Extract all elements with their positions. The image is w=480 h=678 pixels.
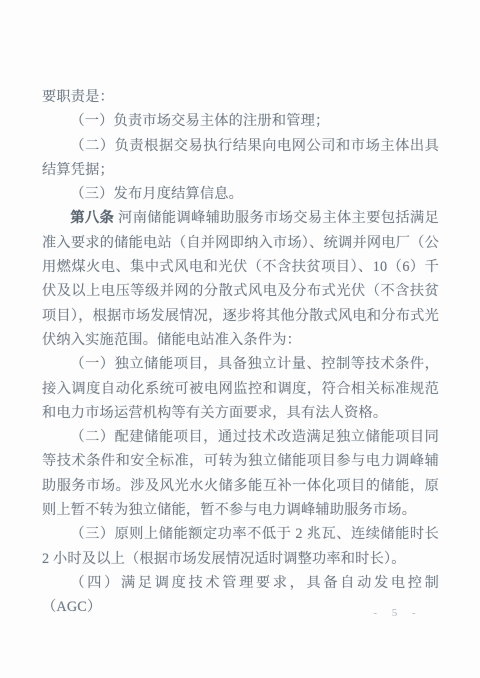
paragraph: （一）独立储能项目，具备独立计量、控制等技术条件，接入调度自动化系统可被电网监控…: [42, 352, 439, 425]
paragraph-text: 要职责是：: [42, 89, 114, 105]
paragraph-text: （一）负责市场交易主体的注册和管理；: [70, 113, 329, 129]
paragraph: （二）负责根据交易执行结果向电网公司和市场主体出具结算凭据；: [42, 134, 439, 183]
paragraph: 第八条 河南储能调峰辅助服务市场交易主体主要包括满足准入要求的储能电站（自并网即…: [42, 206, 439, 352]
article-heading: 第八条: [70, 210, 114, 226]
document-page: 要职责是：（一）负责市场交易主体的注册和管理；（二）负责根据交易执行结果向电网公…: [0, 0, 480, 678]
paragraph: （一）负责市场交易主体的注册和管理；: [42, 109, 439, 133]
paragraph-text: （三）原则上储能额定功率不低于 2 兆瓦、连续储能时长 2 小时及以上（根据市场…: [42, 526, 439, 566]
paragraph: （三）原则上储能额定功率不低于 2 兆瓦、连续储能时长 2 小时及以上（根据市场…: [42, 522, 439, 571]
paragraph-text: （二）配建储能项目，通过技术改造满足独立储能项目同等技术条件和安全标准，可转为独…: [42, 429, 439, 518]
paragraph-text: （二）负责根据交易执行结果向电网公司和市场主体出具结算凭据；: [42, 138, 439, 178]
paragraph: （二）配建储能项目，通过技术改造满足独立储能项目同等技术条件和安全标准，可转为独…: [42, 425, 439, 522]
paragraph: （三）发布月度结算信息。: [42, 182, 439, 206]
paragraph: 要职责是：: [42, 85, 439, 109]
paragraph-text: （三）发布月度结算信息。: [70, 186, 243, 202]
paragraph-text: 河南储能调峰辅助服务市场交易主体主要包括满足准入要求的储能电站（自并网即纳入市场…: [42, 210, 439, 347]
page-number: - 5 -: [360, 606, 435, 620]
paragraph-text: （一）独立储能项目，具备独立计量、控制等技术条件，接入调度自动化系统可被电网监控…: [42, 356, 439, 421]
document-body: 要职责是：（一）负责市场交易主体的注册和管理；（二）负责根据交易执行结果向电网公…: [42, 85, 439, 620]
